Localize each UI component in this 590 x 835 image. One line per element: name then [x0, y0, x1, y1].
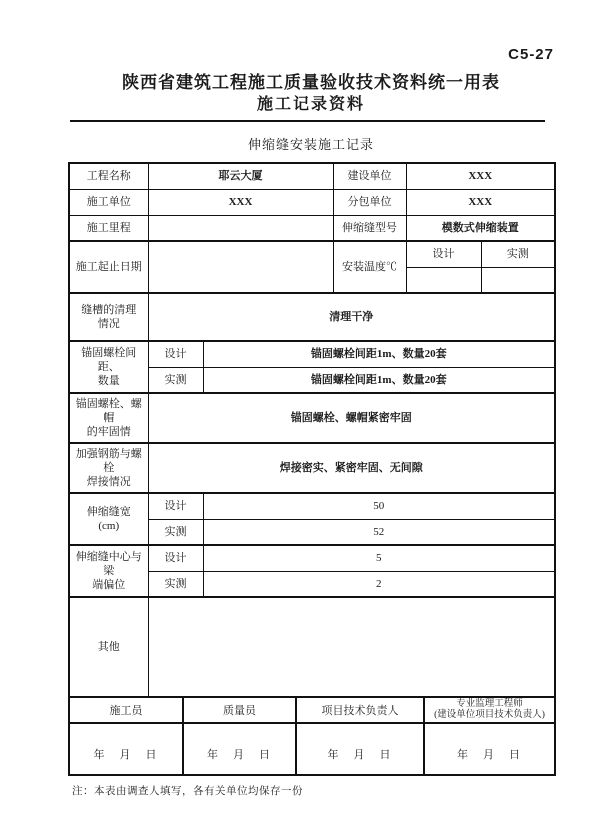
joint-offset-label: 伸缩缝中心与梁 端偏位	[69, 545, 148, 597]
builder-signature-label: 施工员	[69, 697, 183, 723]
rebar-welding-value: 焊接密实、紧密牢固、无间隙	[148, 443, 555, 493]
temp-measured-value	[481, 267, 555, 293]
anchor-bolt-design-value: 锚固螺栓间距1m、数量20套	[203, 341, 555, 367]
dates-label: 施工起止日期	[69, 241, 148, 293]
mileage-label: 施工里程	[69, 215, 148, 241]
temp-measured-label: 实测	[481, 241, 555, 267]
supervisor-date-field: 年 月 日	[424, 723, 555, 775]
other-label: 其他	[69, 597, 148, 697]
joint-width-design-value: 50	[203, 493, 555, 519]
document-page: C5-27 陕西省建筑工程施工质量验收技术资料统一用表 施工记录资料 伸缩缝安装…	[0, 0, 590, 835]
joint-model-label: 伸缩缝型号	[333, 215, 406, 241]
mileage-value	[148, 215, 333, 241]
contractor-label: 施工单位	[69, 189, 148, 215]
joint-offset-design-label: 设计	[148, 545, 203, 571]
document-title-line1: 陕西省建筑工程施工质量验收技术资料统一用表	[68, 72, 554, 94]
joint-width-measured-value: 52	[203, 519, 555, 545]
form-code: C5-27	[508, 46, 554, 63]
groove-cleaning-label: 缝槽的清理 情况	[69, 293, 148, 341]
temp-design-label: 设计	[406, 241, 481, 267]
tech-lead-signature-label: 项目技术负责人	[296, 697, 424, 723]
subcontractor-value: XXX	[406, 189, 555, 215]
qc-date-field: 年 月 日	[183, 723, 296, 775]
other-value	[148, 597, 555, 697]
bolt-tightness-label: 锚固螺栓、螺帽 的牢固情	[69, 393, 148, 443]
joint-width-design-label: 设计	[148, 493, 203, 519]
rebar-welding-label: 加强钢筋与螺栓 焊接情况	[69, 443, 148, 493]
tech-lead-date-field: 年 月 日	[296, 723, 424, 775]
project-name-value: 耶云大厦	[148, 163, 333, 189]
temp-design-value	[406, 267, 481, 293]
joint-model-value: 模数式伸缩装置	[406, 215, 555, 241]
qc-signature-label: 质量员	[183, 697, 296, 723]
project-name-label: 工程名称	[69, 163, 148, 189]
bolt-tightness-value: 锚固螺栓、螺帽紧密牢固	[148, 393, 555, 443]
joint-offset-measured-label: 实测	[148, 571, 203, 597]
footer-note: 注：本表由调查人填写，各有关单位均保存一份	[72, 783, 590, 798]
document-title-line2: 施工记录资料	[68, 94, 554, 115]
subcontractor-label: 分包单位	[333, 189, 406, 215]
anchor-bolt-measured-label: 实测	[148, 367, 203, 393]
signature-table: 施工员 质量员 项目技术负责人 专业监理工程师 (建设单位项目技术负责人) 年 …	[68, 696, 556, 776]
builder-date-field: 年 月 日	[69, 723, 183, 775]
owner-value: XXX	[406, 163, 555, 189]
joint-width-measured-label: 实测	[148, 519, 203, 545]
anchor-bolt-design-label: 设计	[148, 341, 203, 367]
joint-offset-design-value: 5	[203, 545, 555, 571]
anchor-bolt-spacing-label: 锚固螺栓间距、 数量	[69, 341, 148, 393]
title-divider	[70, 120, 545, 122]
install-temp-label: 安装温度℃	[333, 241, 406, 293]
contractor-value: XXX	[148, 189, 333, 215]
supervisor-signature-label: 专业监理工程师 (建设单位项目技术负责人)	[424, 697, 555, 723]
groove-cleaning-value: 清理干净	[148, 293, 555, 341]
anchor-bolt-measured-value: 锚固螺栓间距1m、数量20套	[203, 367, 555, 393]
record-table: 工程名称 耶云大厦 建设单位 XXX 施工单位 XXX 分包单位 XXX 施工里…	[68, 162, 556, 698]
joint-width-label: 伸缩缝宽 (cm)	[69, 493, 148, 545]
dates-value	[148, 241, 333, 293]
joint-offset-measured-value: 2	[203, 571, 555, 597]
document-header: 陕西省建筑工程施工质量验收技术资料统一用表 施工记录资料	[68, 72, 554, 115]
record-subtitle: 伸缩缝安装施工记录	[68, 134, 554, 153]
owner-label: 建设单位	[333, 163, 406, 189]
